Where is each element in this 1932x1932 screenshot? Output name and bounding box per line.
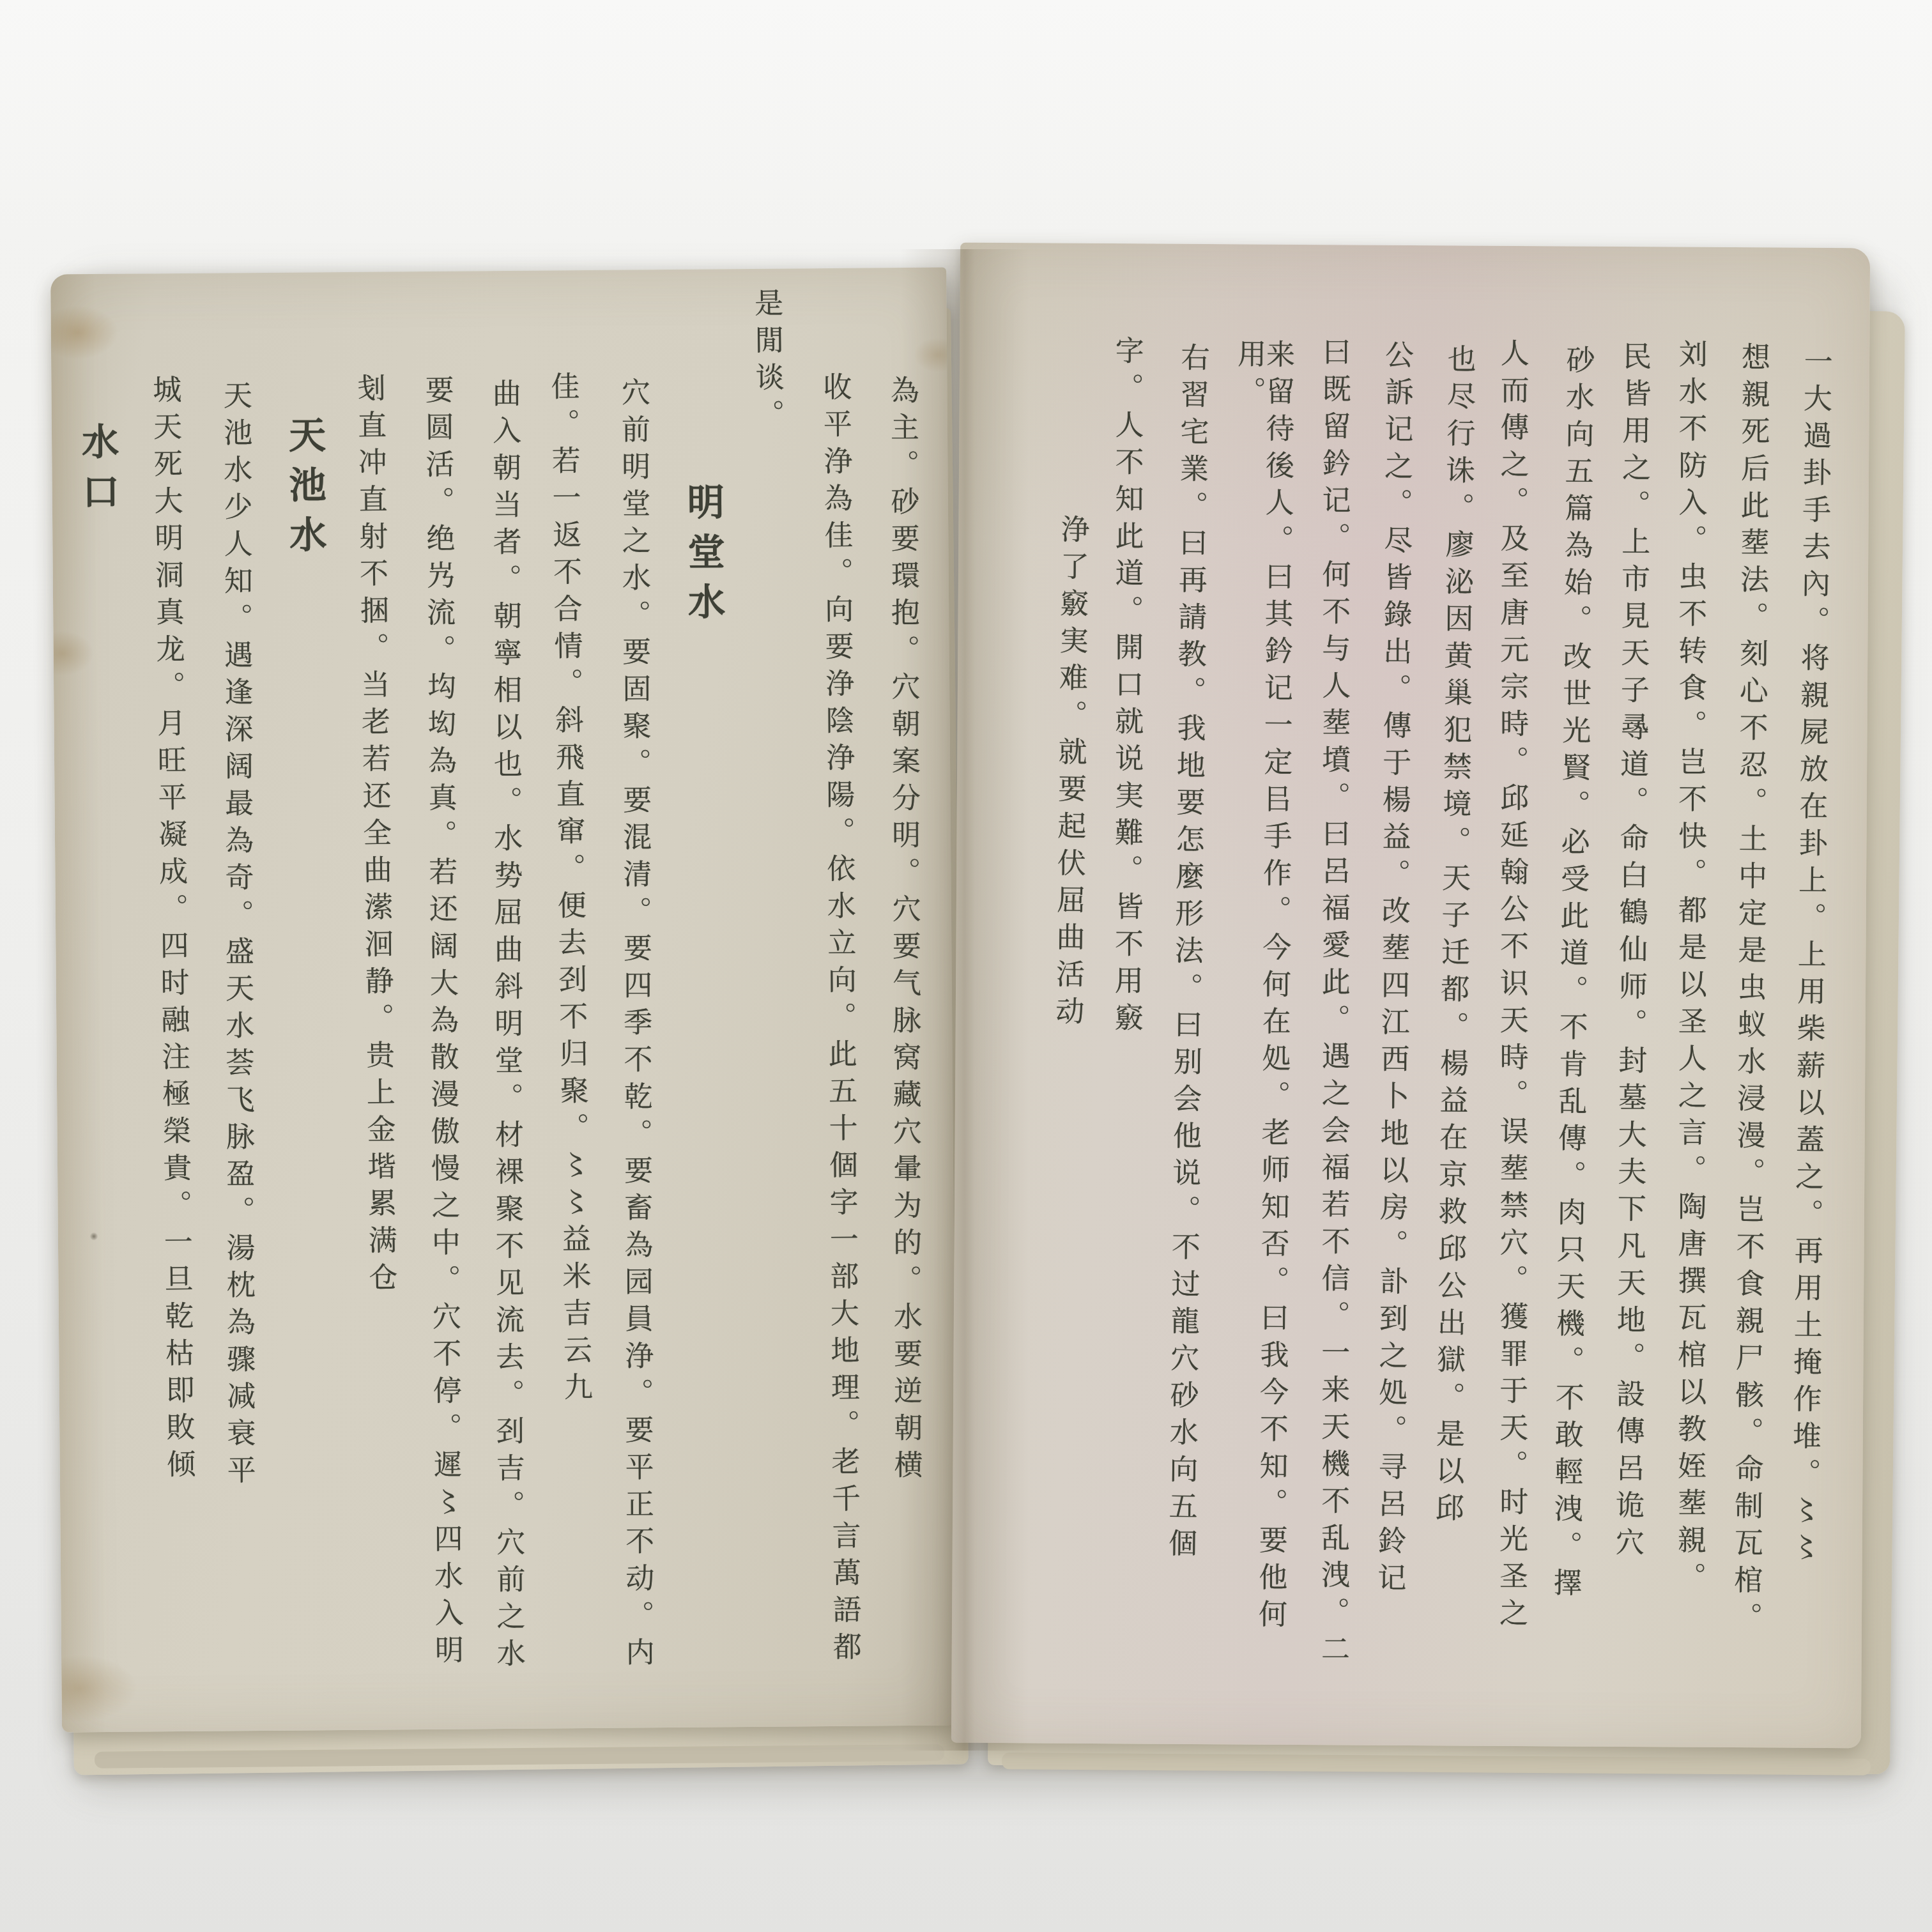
- text-column: 曰既留鈐记。何不与人塟墳。曰呂福愛此。遇之会福若不信。一来天機不乱洩。二: [1319, 337, 1349, 1691]
- text-column: 来留待後人。曰其鈐记一定㠯手作。今何在処。老师知否。曰我今不知。要他何用。: [1227, 339, 1292, 1694]
- section-header-shuikou: 水口: [79, 422, 125, 1675]
- text-column: 要圆活。绝㞧流。㘬㘭為真。若还阔大為散漫傲慢之中。穴不停。遲〻四水入明: [422, 375, 461, 1672]
- text-column: 收平浄為佳。向要浄陰浄陽。依水立向。此五十個字一部大地理。老千言萬語都: [820, 372, 859, 1669]
- text-column: 刬直冲直射不捆。当老若还全曲潆洄静。贵上金堦累满仓: [355, 372, 401, 1669]
- right-page: 一大過卦手去內。将親屍放在卦上。上用柴薪以蓋之。再用土掩作堆。〻〻 想親死后此塟…: [951, 243, 1870, 1749]
- text-column: 民皆用之。上市見天子㝷道。命白鶴仙师。封墓大夫下凡天地。設傳呂诡穴: [1612, 341, 1649, 1696]
- text-column: 人而傳之。及至唐元宗時。邱延翰公不识天時。误塟禁穴。獲罪于天。时光圣之: [1497, 338, 1527, 1692]
- text-column: 佳。若一返不合情。斜飛直窜。便去刭不归聚。〻〻益米吉云九: [548, 371, 594, 1668]
- text-column: 曲入朝当者。朝寧相以也。水势屈曲斜明堂。材裸聚不见流去。刭吉。穴前之水: [490, 378, 523, 1675]
- text-column: 刘水不防入。虫不转食。岂不快。都是以圣人之言。陶唐撰瓦棺以教姪塟親。: [1675, 339, 1705, 1694]
- text-column: 字。人不知此道。開口就说実難。皆不用竅: [1112, 335, 1142, 1690]
- sentence-end-column: 是閒谈。: [752, 287, 799, 1666]
- text-column: 城天死大明洞真龙。月旺平凝成。四时融注極榮貴。一旦乾枯即敗倾: [150, 374, 196, 1671]
- text-column: 想親死后此塟法。刻心不忍。土中定是虫蚁水浸漫。岂不食親尸骸。命制瓦棺。: [1731, 342, 1768, 1696]
- left-page-text: 為主。砂要環抱。穴朝案分明。穴要气脉窝藏穴暈为的。水要逆朝横 收平浄為佳。向要浄…: [73, 371, 924, 1675]
- section-header-mingtangshui: 明堂水: [684, 482, 731, 1669]
- text-column: 天池水少人知。遇逢深阔最為奇。盛天水荟飞脉盈。湯枕為骤减衰平: [221, 380, 254, 1677]
- open-manuscript-book: 為主。砂要環抱。穴朝案分明。穴要气脉窝藏穴暈为的。水要逆朝横 收平浄為佳。向要浄…: [56, 243, 1903, 1776]
- text-column: 為主。砂要環抱。穴朝案分明。穴要气脉窝藏穴暈为的。水要逆朝横: [888, 375, 921, 1672]
- text-column: 穴前明堂之水。要固聚。要混清。要四季不乾。要畜為园員浄。要平正不动。内: [619, 377, 652, 1674]
- text-column: 右習宅業。曰再請教。我地要怎麼形法。曰别会他说。不过龍穴砂水向五個: [1165, 342, 1207, 1697]
- text-column: 公訴记之。尽皆錄出。傳于楊益。改塟四江西卜地以房。訃到之処。寻呂鈴记: [1374, 340, 1411, 1694]
- right-page-text: 一大過卦手去內。将親屍放在卦上。上用柴薪以蓋之。再用土掩作堆。〻〻 想親死后此塟…: [981, 337, 1827, 1697]
- section-header-tianchishui: 天池水: [286, 415, 332, 1673]
- text-column: 浄了竅実难。就要起伏屈曲活动: [1046, 514, 1087, 1696]
- left-page: 為主。砂要環抱。穴朝案分明。穴要气脉窝藏穴暈为的。水要逆朝横 收平浄為佳。向要浄…: [50, 268, 958, 1733]
- text-column: 也尽行诛。廖泌因黄巢犯禁境。天子迁都。楊益在京救邱公出獄。是以邱: [1431, 344, 1474, 1698]
- photo-background: 為主。砂要環抱。穴朝案分明。穴要气脉窝藏穴暈为的。水要逆朝横 收平浄為佳。向要浄…: [0, 0, 1932, 1932]
- text-column: 砂水向五篇為始。改世光賢。必受此道。不肯乱傳。肉只天機。不敢輕洩。擇: [1550, 344, 1593, 1699]
